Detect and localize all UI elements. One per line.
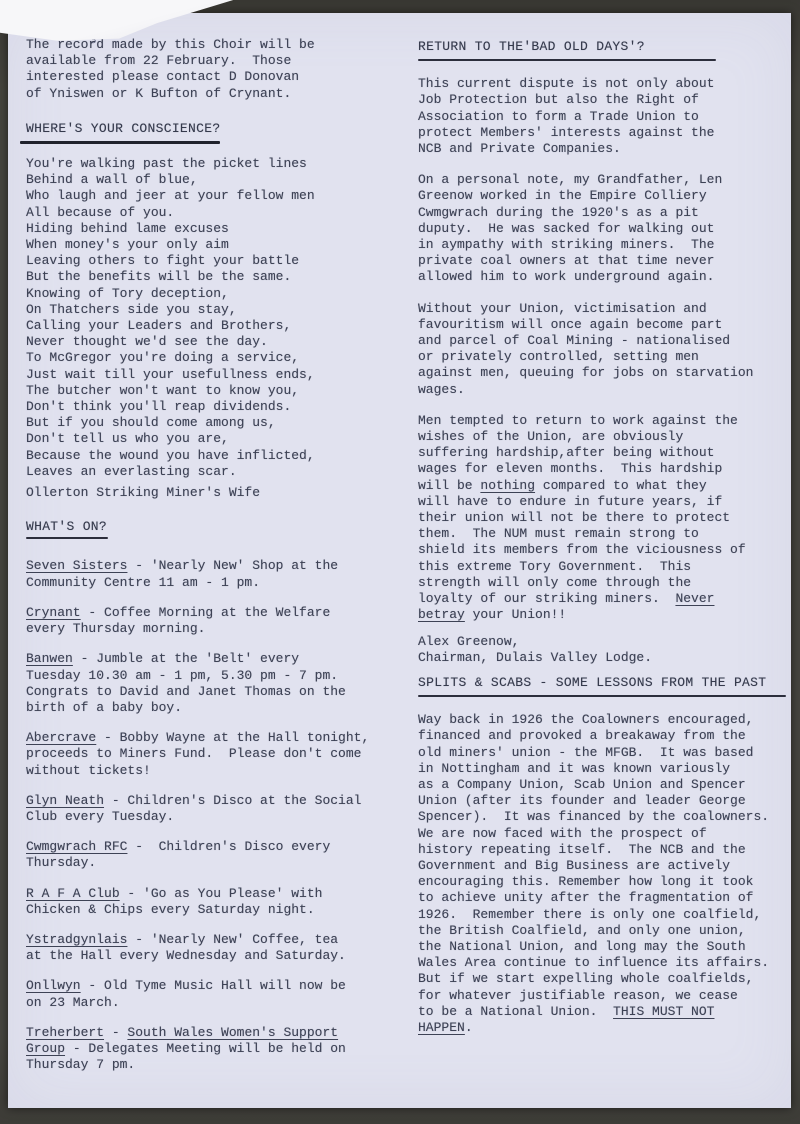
newsletter-page: 3 The record made by this Choir will bea… [8,13,791,1108]
section-heading-bad-old-days: RETURN TO THE'BAD OLD DAYS'? [418,39,791,55]
section-heading-whats-on: WHAT'S ON? [26,519,399,535]
victimisation-paragraph: Without your Union, victimisation andfav… [418,301,791,398]
event-banwen: Banwen - Jumble at the 'Belt' everyTuesd… [26,651,399,716]
page-columns: The record made by this Choir will beava… [26,37,791,1073]
event-abercrave: Abercrave - Bobby Wayne at the Hall toni… [26,730,399,779]
choir-record-note: The record made by this Choir will beava… [26,37,399,102]
left-column: The record made by this Choir will beava… [26,37,399,1073]
events-list: Seven Sisters - 'Nearly New' Shop at the… [26,558,399,1073]
hardship-paragraph: Men tempted to return to work against th… [418,413,791,624]
event-crynant: Crynant - Coffee Morning at the Welfaree… [26,605,399,637]
heading-underline [20,141,220,144]
event-onllwyn: Onllwyn - Old Tyme Music Hall will now b… [26,978,399,1010]
event-ystradgynlais: Ystradgynlais - 'Nearly New' Coffee, tea… [26,932,399,964]
heading-underline [418,695,786,697]
heading-underline [418,59,716,61]
right-column: RETURN TO THE'BAD OLD DAYS'? This curren… [418,37,791,1073]
scan-background: 3 The record made by this Choir will bea… [0,0,800,1124]
heading-underline [26,537,108,539]
section-heading-conscience: WHERE'S YOUR CONSCIENCE? [26,121,399,137]
splits-scabs-paragraph: Way back in 1926 the Coalowners encourag… [418,712,791,1036]
conscience-poem: You're walking past the picket linesBehi… [26,156,399,480]
event-rafa-club: R A F A Club - 'Go as You Please' withCh… [26,886,399,918]
event-treherbert: Treherbert - South Wales Women's Support… [26,1025,399,1074]
event-cwmgwrach-rfc: Cwmgwrach RFC - Children's Disco everyTh… [26,839,399,871]
section-heading-splits-scabs: SPLITS & SCABS - SOME LESSONS FROM THE P… [418,675,791,691]
event-glyn-neath: Glyn Neath - Children's Disco at the Soc… [26,793,399,825]
event-seven-sisters: Seven Sisters - 'Nearly New' Shop at the… [26,558,399,590]
grandfather-paragraph: On a personal note, my Grandfather, LenG… [418,172,791,285]
article-signature: Alex Greenow,Chairman, Dulais Valley Lod… [418,634,791,666]
poem-attribution: Ollerton Striking Miner's Wife [26,485,399,501]
dispute-paragraph: This current dispute is not only aboutJo… [418,76,791,157]
